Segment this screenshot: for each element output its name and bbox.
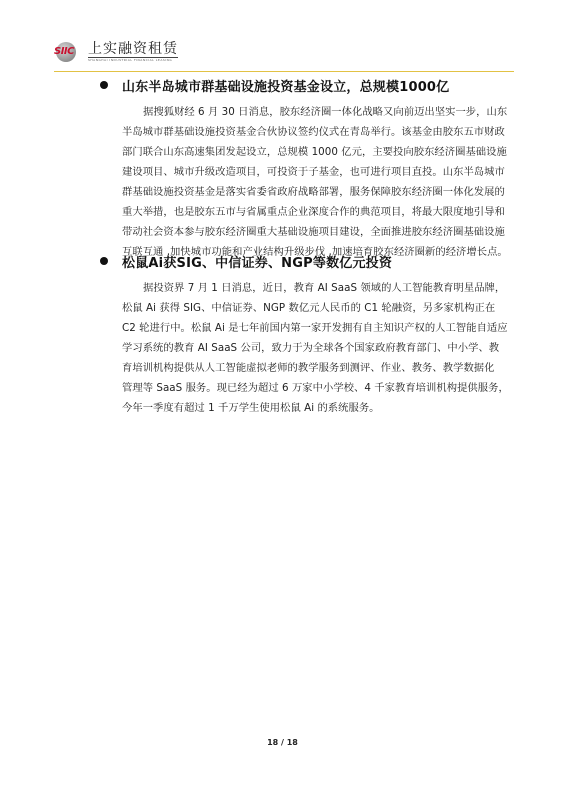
paragraph-line: 松鼠 Ai 获得 SIG、中信证券、NGP 数亿元人民币的 C1 轮融资，另多家… xyxy=(122,298,516,318)
company-logo-icon: SIIC xyxy=(54,41,84,63)
paragraph-line: 群基础设施投资基金是落实省委省政府战略部署，服务保障胶东经济圈一体化发展的 xyxy=(122,182,516,202)
paragraph-line: 学习系统的教育 AI SaaS 公司，致力于为全球各个国家政府教育部门、中小学、… xyxy=(122,338,516,358)
document-page: SIIC 上实融资租赁 SHANGHAI INDUSTRIAL FINANCIA… xyxy=(0,0,565,800)
logo-mark-text: SIIC xyxy=(54,46,74,58)
section-title: 山东半岛城市群基础设施投资基金设立，总规模1000亿 xyxy=(122,76,449,95)
section-paragraph: 据搜狐财经 6 月 30 日消息，胶东经济圈一体化战略又向前迈出坚实一步，山东 … xyxy=(122,102,516,262)
paragraph-line: C2 轮进行中。松鼠 Ai 是七年前国内第一家开发拥有自主知识产权的人工智能自适… xyxy=(122,318,516,338)
section-paragraph: 据投资界 7 月 1 日消息，近日，教育 AI SaaS 领域的人工智能教育明星… xyxy=(122,278,516,418)
news-section-shandong-fund: 山东半岛城市群基础设施投资基金设立，总规模1000亿 据搜狐财经 6 月 30 … xyxy=(122,74,516,262)
company-name-block: 上实融资租赁 SHANGHAI INDUSTRIAL FINANCIAL LEA… xyxy=(88,42,178,63)
bullet-icon xyxy=(100,257,108,265)
paragraph-line: 重大举措，也是胶东五市与省属重点企业深度合作的典范项目，将最大限度地引导和 xyxy=(122,202,516,222)
news-section-squirrel-ai: 松鼠Ai获SIG、中信证券、NGP等数亿元投资 据投资界 7 月 1 日消息，近… xyxy=(122,250,516,418)
paragraph-line: 管理等 SaaS 服务。现已经为超过 6 万家中小学校、4 千家教育培训机构提供… xyxy=(122,378,516,398)
bullet-icon xyxy=(100,81,108,89)
company-name-cn: 上实融资租赁 xyxy=(88,42,178,58)
paragraph-line: 今年一季度有超过 1 千万学生使用松鼠 Ai 的系统服务。 xyxy=(122,398,516,418)
page-header: SIIC 上实融资租赁 SHANGHAI INDUSTRIAL FINANCIA… xyxy=(54,40,178,64)
paragraph-line: 带动社会资本参与胶东经济圈重大基础设施项目建设，全面推进胶东经济圈基础设施 xyxy=(122,222,516,242)
paragraph-line: 部门联合山东高速集团发起设立，总规模 1000 亿元，主要投向胶东经济圈基础设施 xyxy=(122,142,516,162)
paragraph-line: 育培训机构提供从人工智能虚拟老师的教学服务到测评、作业、教务、教学数据化 xyxy=(122,358,516,378)
paragraph-line: 半岛城市群基础设施投资基金合伙协议签约仪式在青岛举行。该基金由胶东五市财政 xyxy=(122,122,516,142)
company-name-en: SHANGHAI INDUSTRIAL FINANCIAL LEASING xyxy=(88,58,178,63)
paragraph-line: 据搜狐财经 6 月 30 日消息，胶东经济圈一体化战略又向前迈出坚实一步，山东 xyxy=(122,102,516,122)
paragraph-line: 建设项目、城市升级改造项目，可投资于子基金，也可进行项目直投。山东半岛城市 xyxy=(122,162,516,182)
section-heading: 山东半岛城市群基础设施投资基金设立，总规模1000亿 xyxy=(100,74,516,96)
section-title: 松鼠Ai获SIG、中信证券、NGP等数亿元投资 xyxy=(122,252,392,271)
header-divider xyxy=(54,71,514,72)
paragraph-line: 据投资界 7 月 1 日消息，近日，教育 AI SaaS 领域的人工智能教育明星… xyxy=(122,278,516,298)
section-heading: 松鼠Ai获SIG、中信证券、NGP等数亿元投资 xyxy=(100,250,516,272)
page-number: 18 / 18 xyxy=(0,738,565,747)
